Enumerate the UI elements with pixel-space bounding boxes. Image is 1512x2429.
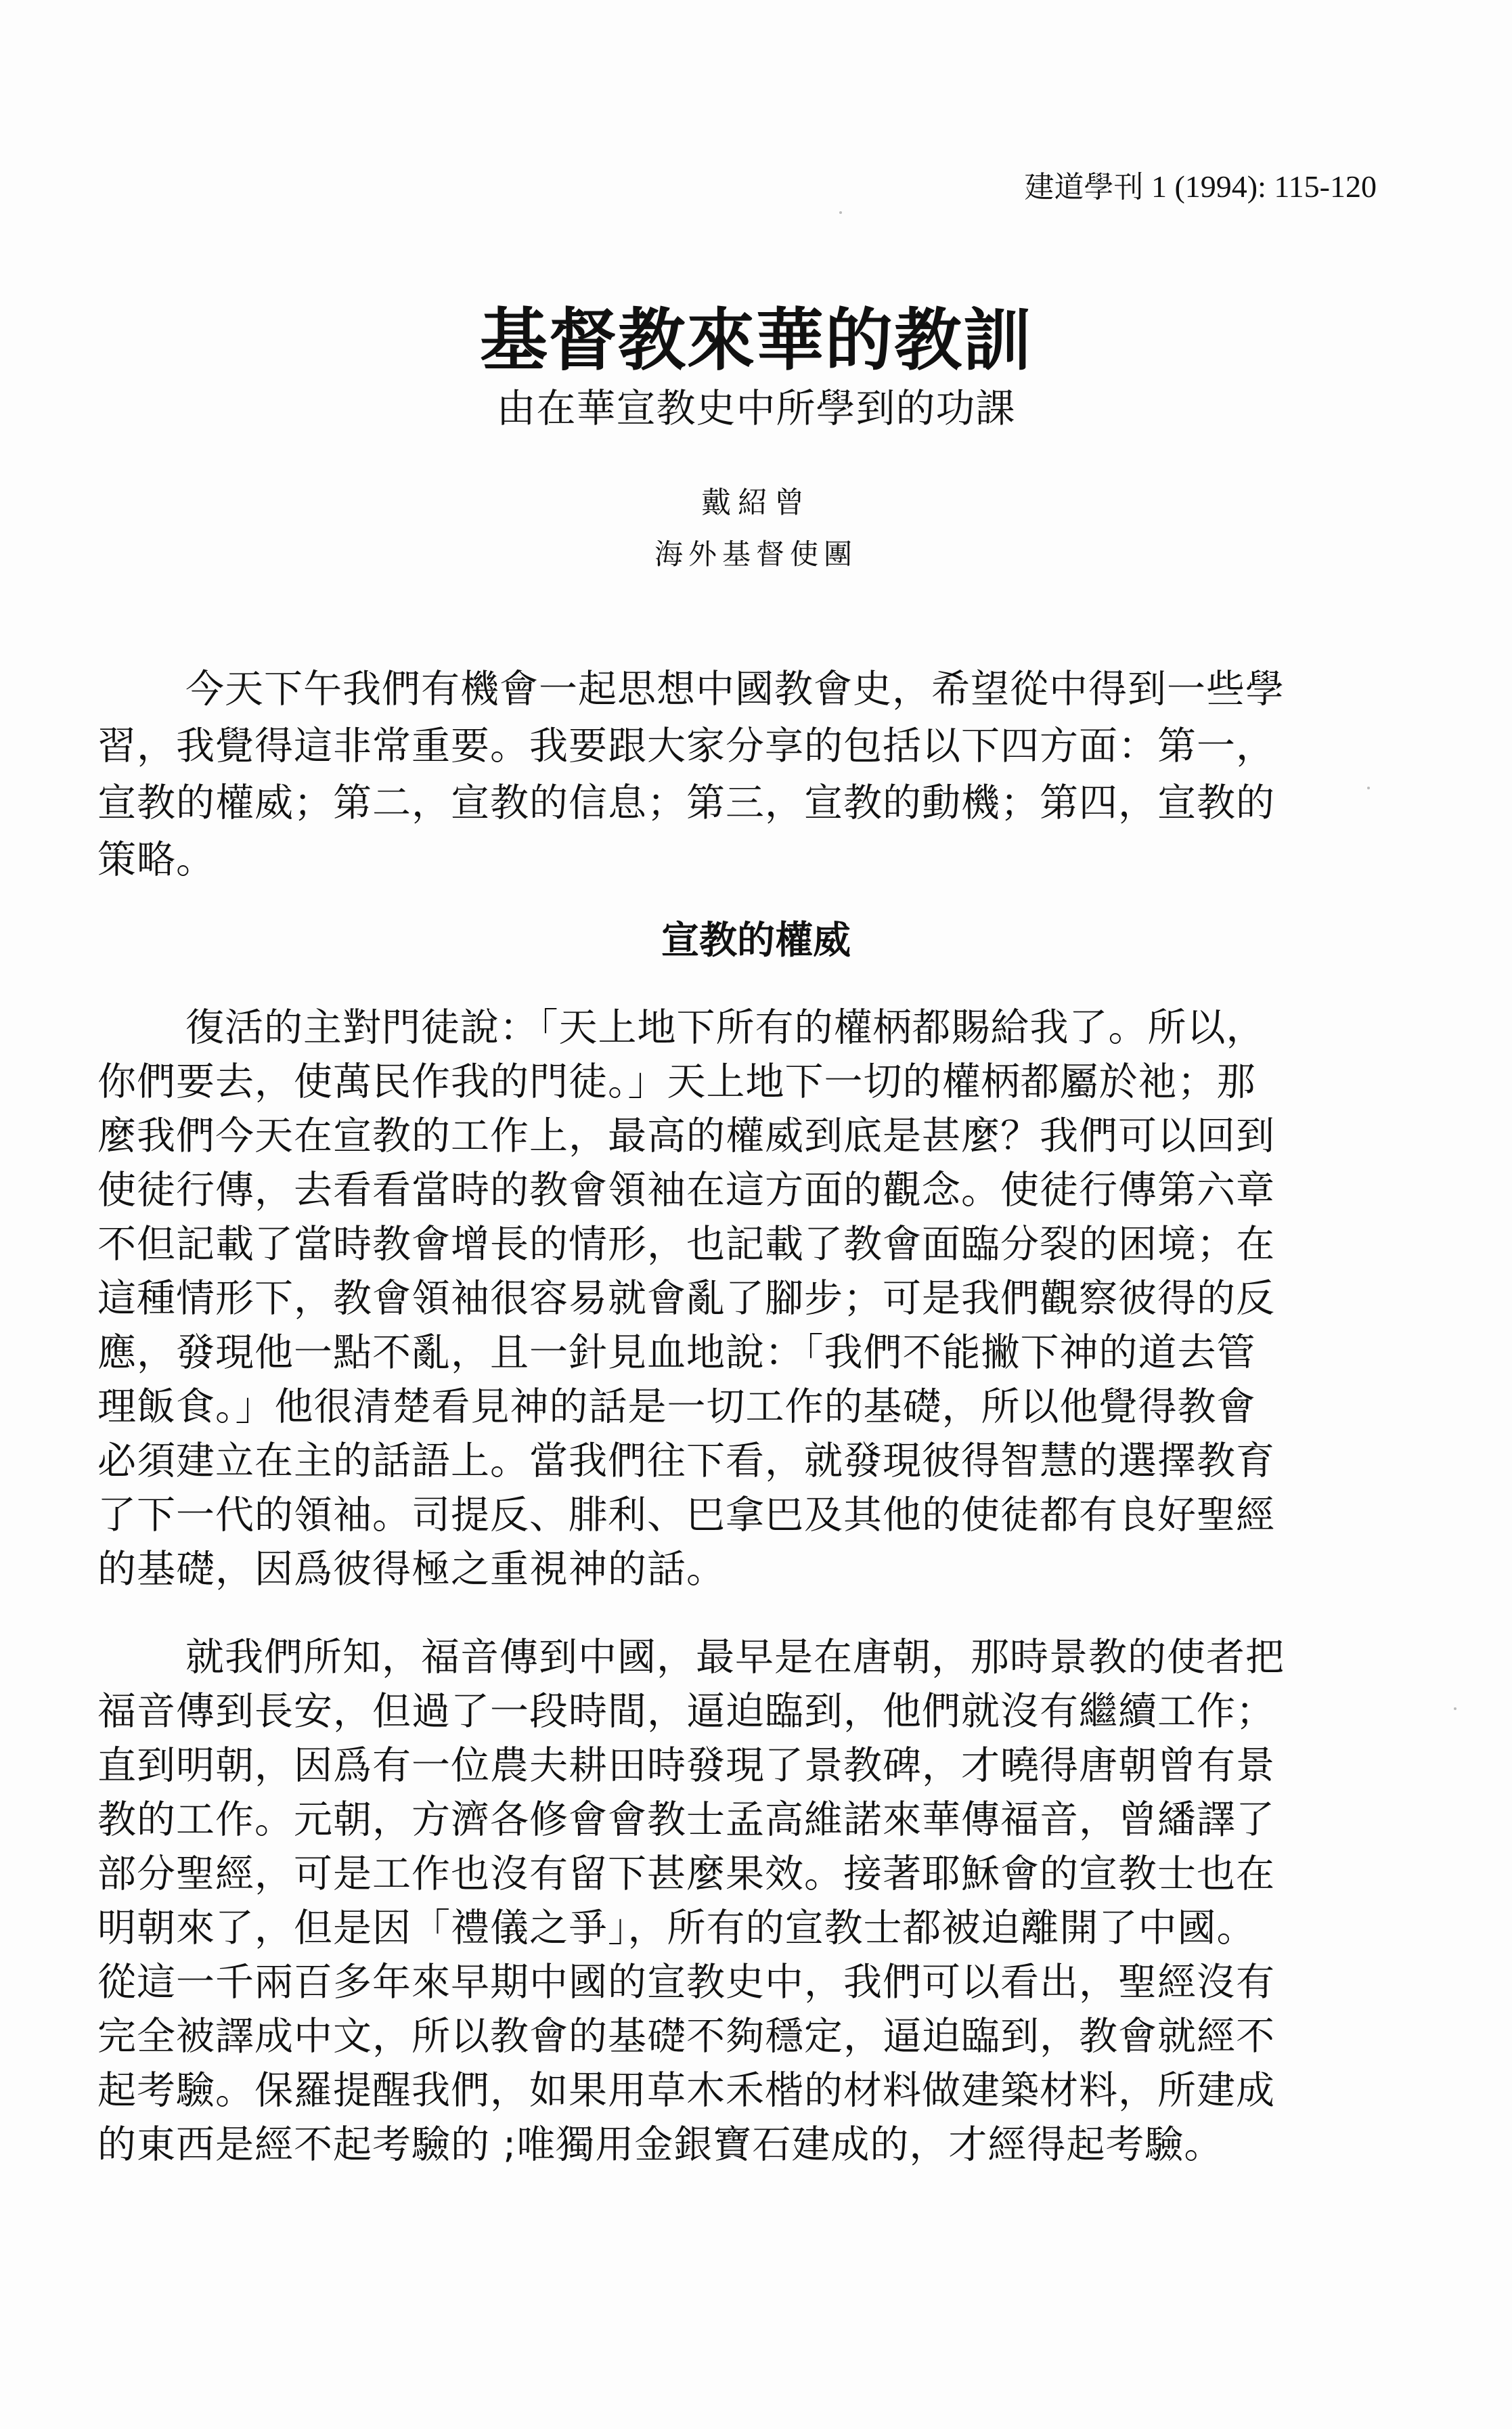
paragraph-line: 應，發現他一點不亂，且一針見血地說：「我們不能撇下神的道去管 — [97, 1326, 1256, 1380]
paragraph-line: 就我們所知，福音傳到中國，最早是在唐朝，那時景教的使者把 — [185, 1630, 1285, 1684]
paragraph-line: 了下一代的領袖。司提反、腓利、巴拿巴及其他的使徒都有良好聖經 — [97, 1488, 1275, 1542]
scan-speck — [839, 211, 842, 214]
article-title: 基督教來華的教訓 — [0, 286, 1512, 383]
author-affiliation: 海外基督使團 — [0, 532, 1512, 573]
paragraph-line: 今天下午我們有機會一起思想中國教會史，希望從中得到一些學 — [185, 662, 1285, 716]
document-page: 建道學刊 1 (1994): 115-120 基督教來華的教訓 由在華宣教史中所… — [0, 0, 1512, 2429]
article-subtitle: 由在華宣教史中所學到的功課 — [0, 376, 1512, 433]
paragraph-line: 宣教的權威；第二，宣教的信息；第三，宣教的動機；第四，宣教的 — [97, 776, 1275, 830]
paragraph-line: 理飯食。」他很清楚看見神的話是一切工作的基礎，所以他覺得教會 — [97, 1380, 1256, 1434]
paragraph-line: 起考驗。保羅提醒我們，如果用草木禾楷的材料做建築材料，所建成 — [97, 2063, 1275, 2118]
paragraph-line: 的基礎，因爲彼得極之重視神的話。 — [97, 1542, 726, 1596]
paragraph-line: 部分聖經，可是工作也沒有留下甚麼果效。接著耶穌會的宣教士也在 — [97, 1847, 1275, 1901]
paragraph-line: 必須建立在主的話語上。當我們往下看，就發現彼得智慧的選擇教育 — [97, 1434, 1275, 1488]
paragraph-line: 從這一千兩百多年來早期中國的宣教史中，我們可以看出，聖經沒有 — [97, 1955, 1275, 2009]
volume-pages: 1 (1994): 115-120 — [1151, 169, 1377, 204]
paragraph-line: 麼我們今天在宣教的工作上，最高的權威到底是甚麼？我們可以回到 — [97, 1109, 1275, 1163]
journal-name: 建道學刊 — [1024, 170, 1143, 204]
paragraph-line: 明朝來了，但是因「禮儀之爭」，所有的宣教士都被迫離開了中國。 — [97, 1901, 1256, 1955]
author-name: 戴紹曾 — [0, 478, 1512, 521]
paragraph-line: 完全被譯成中文，所以教會的基礎不夠穩定，逼迫臨到，教會就經不 — [97, 2009, 1275, 2063]
paragraph-line: 教的工作。元朝，方濟各修會會教士孟高維諾來華傳福音，曾繙譯了 — [97, 1793, 1275, 1847]
paragraph-line: 這種情形下，教會領袖很容易就會亂了腳步；可是我們觀察彼得的反 — [97, 1271, 1275, 1326]
paragraph-line: 福音傳到長安，但過了一段時間，逼迫臨到，他們就沒有繼續工作； — [97, 1684, 1275, 1738]
paragraph-line: 直到明朝，因爲有一位農夫耕田時發現了景教碑，才曉得唐朝曾有景 — [97, 1738, 1275, 1793]
paragraph-line: 使徒行傳，去看看當時的教會領袖在這方面的觀念。使徒行傳第六章 — [97, 1163, 1275, 1217]
section-heading: 宣教的權威 — [0, 911, 1512, 965]
paragraph-line: 復活的主對門徒說：「天上地下所有的權柄都賜給我了。所以， — [185, 1001, 1266, 1055]
paragraph-line: 策略。 — [97, 833, 215, 887]
paragraph-line: 的東西是經不起考驗的 ;唯獨用金銀寶石建成的，才經得起考驗。 — [97, 2118, 1223, 2172]
paragraph-line: 習，我覺得這非常重要。我要跟大家分享的包括以下四方面：第一， — [97, 719, 1275, 773]
paragraph-line: 不但記載了當時教會增長的情形，也記載了教會面臨分裂的困境；在 — [97, 1217, 1275, 1271]
scan-speck — [1454, 1707, 1457, 1710]
scan-speck — [1367, 787, 1370, 789]
paragraph-line: 你們要去，使萬民作我的門徒。」天上地下一切的權柄都屬於祂；那 — [97, 1055, 1256, 1109]
journal-citation: 建道學刊 1 (1994): 115-120 — [1024, 162, 1377, 206]
